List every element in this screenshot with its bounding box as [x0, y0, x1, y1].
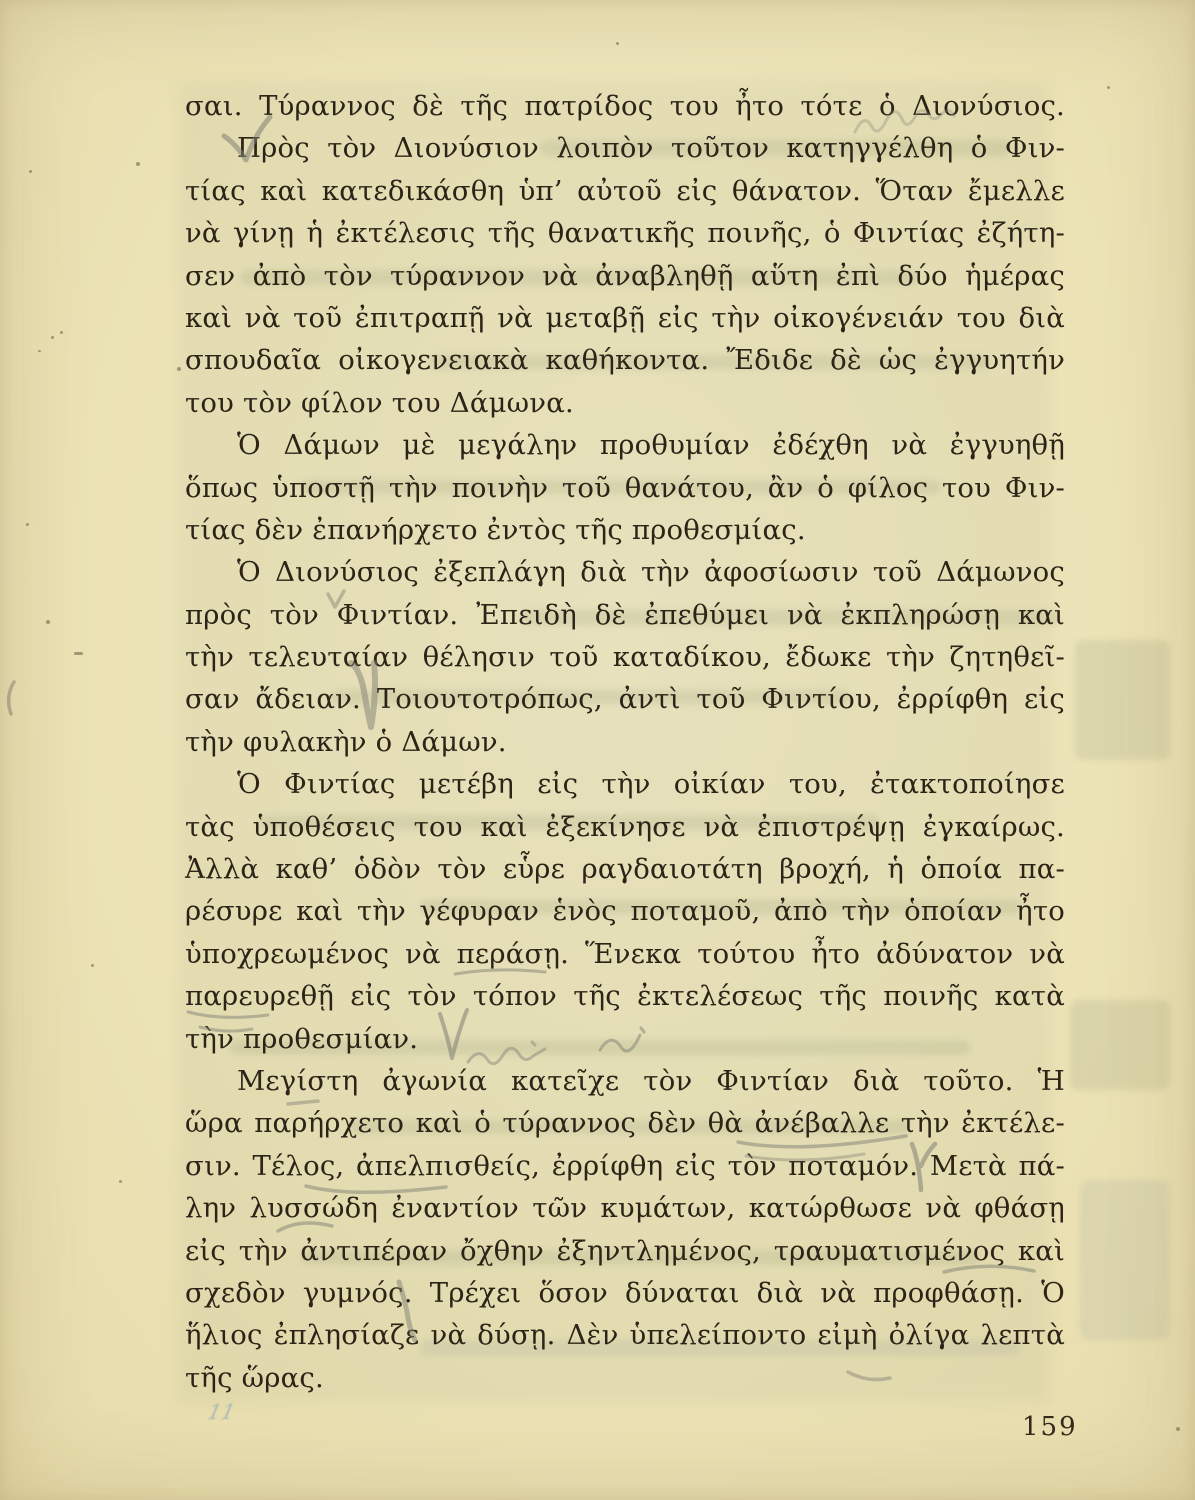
paper-speckle	[1176, 1427, 1180, 1431]
text-line: σαι. Τύραννος δὲ τῆς πατρίδος του ἦτο τό…	[185, 85, 1065, 127]
text-line: ὥρα παρήρχετο καὶ ὁ τύραννος δὲν θὰ ἀνέβ…	[185, 1102, 1065, 1144]
paper-speckle	[119, 1180, 122, 1183]
text-line: τὰς ὑποθέσεις του καὶ ἐξεκίνησε νὰ ἐπιστ…	[185, 806, 1065, 848]
body-text: σαι. Τύραννος δὲ τῆς πατρίδος του ἦτο τό…	[185, 85, 1065, 1399]
text-line: Μεγίστη ἀγωνία κατεῖχε τὸν Φιντίαν διὰ τ…	[185, 1060, 1065, 1102]
text-line: Πρὸς τὸν Διονύσιον λοιπὸν τοῦτον κατηγγέ…	[185, 127, 1065, 169]
text-line: ὅπως ὑποστῇ τὴν ποινὴν τοῦ θανάτου, ἂν ὁ…	[185, 467, 1065, 509]
paper-speckle	[136, 162, 140, 166]
text-line: πρὸς τὸν Φιντίαν. Ἐπειδὴ δὲ ἐπεθύμει νὰ …	[185, 594, 1065, 636]
show-through-signature-number: 11	[205, 1400, 237, 1424]
paper-speckle	[38, 350, 41, 352]
page-number: 159	[1022, 1412, 1078, 1442]
text-line: παρευρεθῇ εἰς τὸν τόπον τῆς ἐκτελέσεως τ…	[185, 975, 1065, 1017]
text-line: σαν ἄδειαν. Τοιουτοτρόπως, ἀντὶ τοῦ Φιντ…	[185, 678, 1065, 720]
text-line: ὑποχρεωμένος νὰ περάσῃ. Ἕνεκα τούτου ἦτο…	[185, 933, 1065, 975]
paper-speckle	[91, 964, 94, 967]
show-through-smudge	[1070, 1000, 1170, 1090]
text-line: σιν. Τέλος, ἀπελπισθείς, ἐρρίφθη εἰς τὸν…	[185, 1145, 1065, 1187]
text-line: τὴν φυλακὴν ὁ Δάμων.	[185, 721, 1065, 763]
text-line: τίας καὶ κατεδικάσθη ὑπ’ αὐτοῦ εἰς θάνατ…	[185, 170, 1065, 212]
paper-speckle	[616, 42, 619, 45]
paper-speckle	[1107, 86, 1110, 89]
paper-speckle	[74, 652, 83, 655]
paper-speckle	[51, 336, 54, 339]
text-line: Ὁ Δάμων μὲ μεγάλην προθυμίαν ἐδέχθη νὰ ἐ…	[185, 424, 1065, 466]
text-line: τὴν προθεσμίαν.	[185, 1018, 1065, 1060]
text-line: σχεδὸν γυμνός. Τρέχει ὅσον δύναται διὰ ν…	[185, 1272, 1065, 1314]
text-line: Ἀλλὰ καθ’ ὁδὸν τὸν εὗρε ραγδαιοτάτη βροχ…	[185, 848, 1065, 890]
text-line: λην λυσσώδη ἐναντίον τῶν κυμάτων, κατώρθ…	[185, 1187, 1065, 1229]
text-line: τῆς ὥρας.	[185, 1357, 1065, 1399]
text-line: τὴν τελευταίαν θέλησιν τοῦ καταδίκου, ἔδ…	[185, 636, 1065, 678]
paper-speckle	[177, 367, 181, 371]
pencil-paren-left-margin	[9, 682, 14, 714]
text-line: ἥλιος ἐπλησίαζε νὰ δύσῃ. Δὲν ὑπελείποντο…	[185, 1314, 1065, 1356]
text-line: σεν ἀπὸ τὸν τύραννον νὰ ἀναβληθῇ αὕτη ἐπ…	[185, 255, 1065, 297]
show-through-smudge	[1080, 1180, 1170, 1340]
text-line: καὶ νὰ τοῦ ἐπιτραπῇ νὰ μεταβῇ εἰς τὴν οἰ…	[185, 297, 1065, 339]
scanned-book-page: σαι. Τύραννος δὲ τῆς πατρίδος του ἦτο τό…	[0, 0, 1195, 1500]
paper-speckle	[29, 170, 32, 173]
show-through-smudge	[1075, 640, 1170, 760]
text-line: εἰς τὴν ἀντιπέραν ὄχθην ἐξηντλημένος, τρ…	[185, 1230, 1065, 1272]
text-line: Ὁ Διονύσιος ἐξεπλάγη διὰ τὴν ἀφοσίωσιν τ…	[185, 551, 1065, 593]
text-line: ρέσυρε καὶ τὴν γέφυραν ἑνὸς ποταμοῦ, ἀπὸ…	[185, 890, 1065, 932]
text-line: του τὸν φίλον του Δάμωνα.	[185, 382, 1065, 424]
paper-speckle	[46, 620, 50, 624]
paper-speckle	[26, 523, 29, 526]
text-line: τίας δὲν ἐπανήρχετο ἐντὸς τῆς προθεσμίας…	[185, 509, 1065, 551]
text-line: σπουδαῖα οἰκογενειακὰ καθήκοντα. Ἔδιδε δ…	[185, 339, 1065, 381]
text-line: νὰ γίνῃ ἡ ἐκτέλεσις τῆς θανατικῆς ποινῆς…	[185, 212, 1065, 254]
paper-speckle	[60, 331, 63, 334]
text-line: Ὁ Φιντίας μετέβη εἰς τὴν οἰκίαν του, ἐτα…	[185, 763, 1065, 805]
